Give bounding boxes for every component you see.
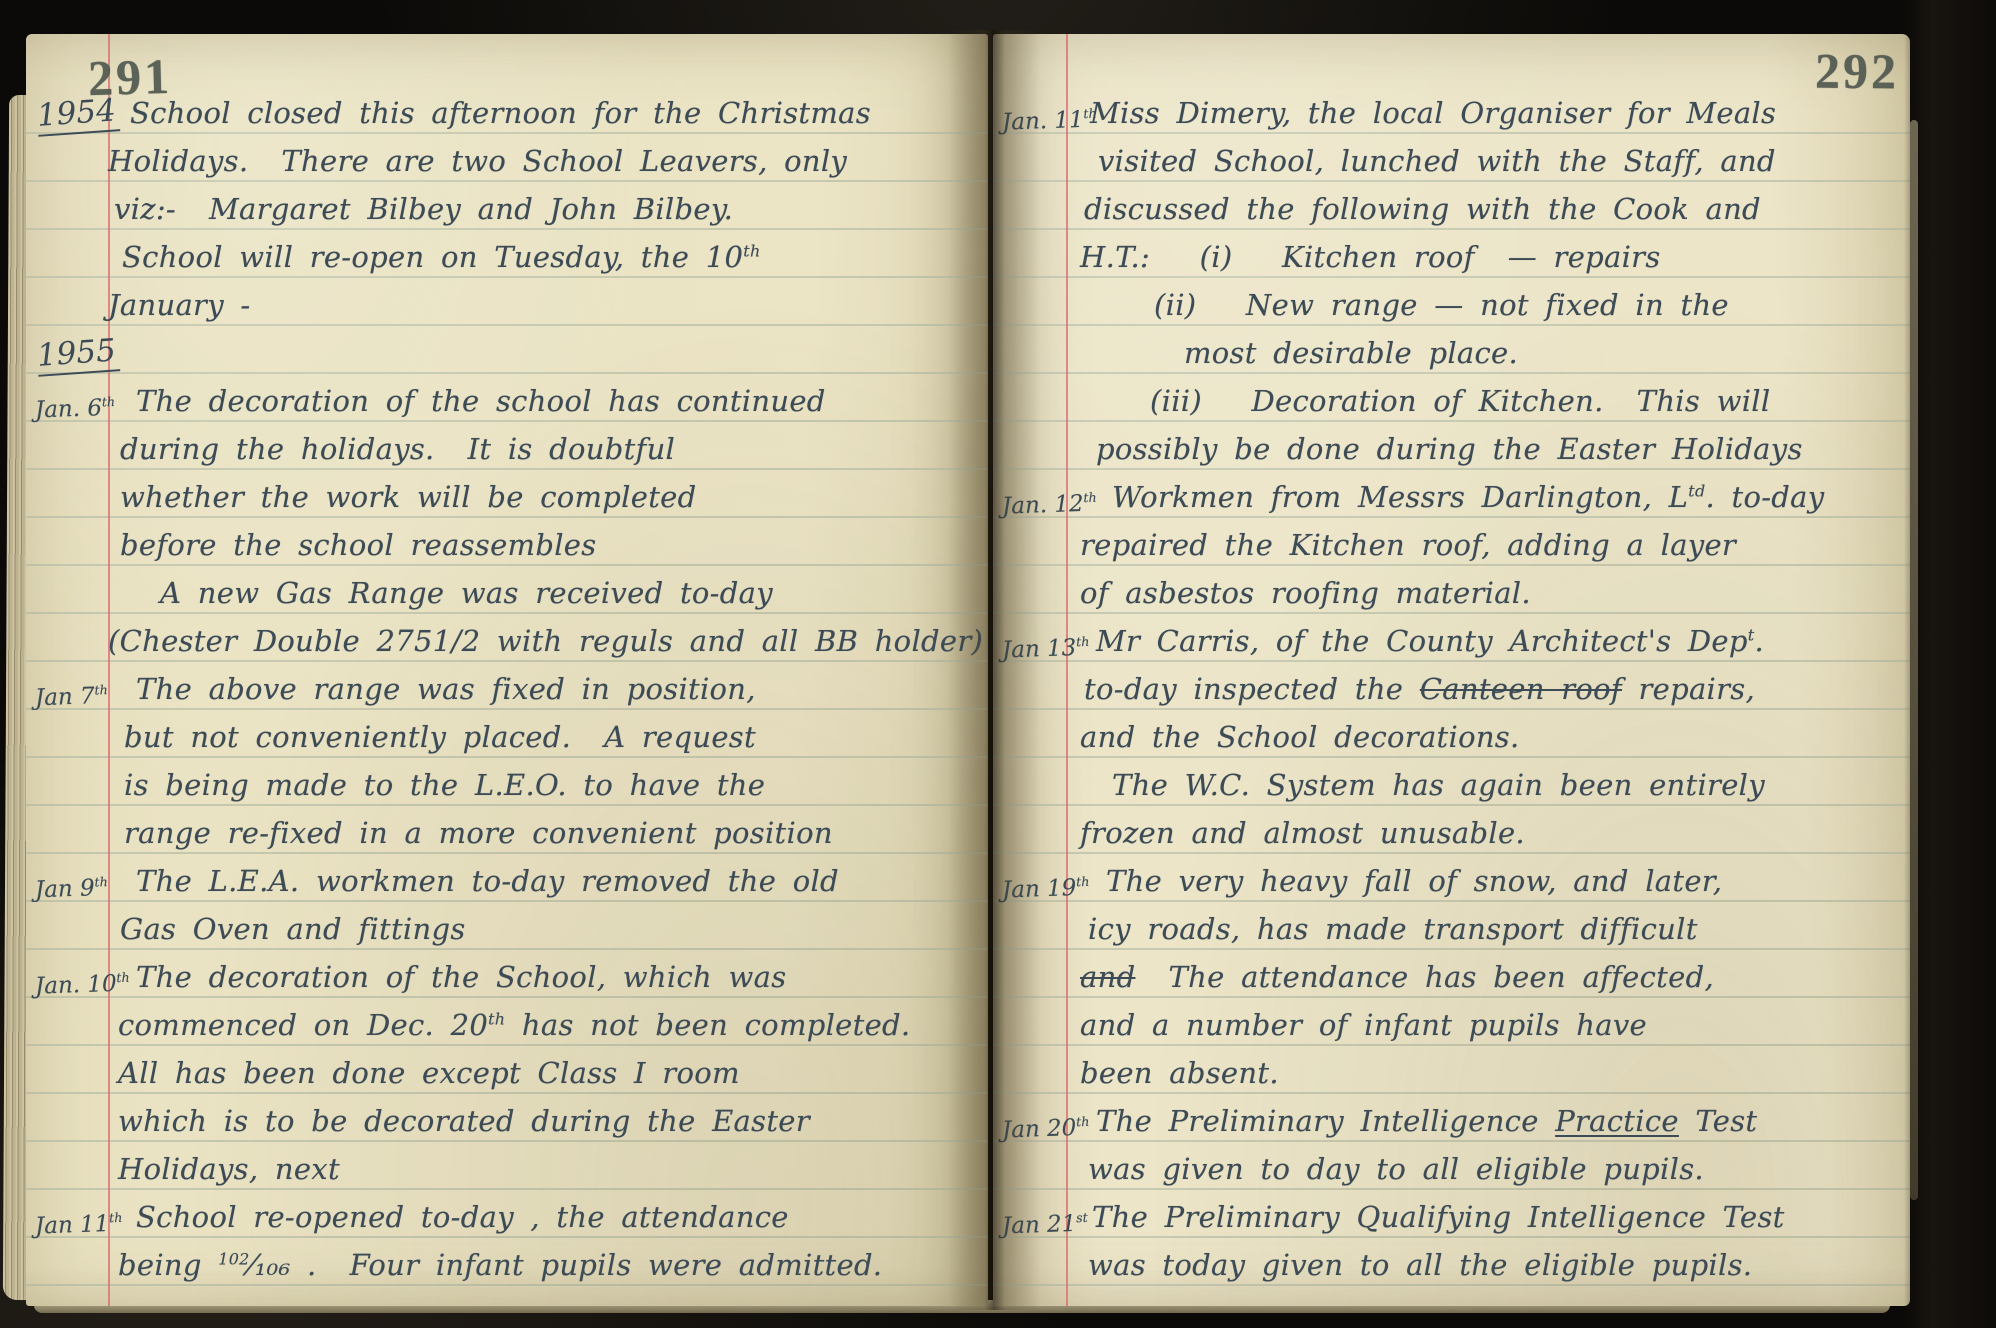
entry-text-line: School closed this afternoon for the Chr… [108,92,988,134]
logbook-row: was given to day to all eligible pupils. [993,1142,1910,1190]
entry-text-line: visited School, lunched with the Staff, … [1066,140,1910,182]
entry-date: Jan. 12th [1002,490,1098,519]
entry-text-line: The decoration of the School, which was [108,956,988,998]
entry-text-line: Gas Oven and fittings [108,908,988,950]
logbook-row: Jan 13thMr Carris, of the County Archite… [993,614,1910,662]
year-label: 1955 [36,332,120,377]
page-content: Jan. 11thMiss Dimery, the local Organise… [993,86,1910,1286]
entry-text-line: The Preliminary Intelligence Practice Te… [1066,1100,1910,1142]
logbook-row: frozen and almost unusable. [993,806,1910,854]
entry-text-line: Workmen from Messrs Darlington, Ltd. to-… [1066,476,1910,518]
entry-text-line: possibly be done during the Easter Holid… [1066,428,1910,470]
entry-text-line: and a number of infant pupils have [1066,1004,1910,1046]
logbook-row: H.T.: (i) Kitchen roof — repairs [993,230,1910,278]
entry-date: Jan 7th [35,683,109,712]
entry-text-line: (iii) Decoration of Kitchen. This will [1066,380,1910,422]
logbook-row: and a number of infant pupils have [993,998,1910,1046]
logbook-row: viz:- Margaret Bilbey and John Bilbey. [26,182,988,230]
logbook-row: most desirable place. [993,326,1910,374]
logbook-row: before the school reassembles [26,518,988,566]
entry-text-line: frozen and almost unusable. [1066,812,1910,854]
entry-text-line: and the School decorations. [1066,716,1910,758]
page-number-stamp: 291 [87,47,172,107]
logbook-row: to-day inspected the Canteen roof repair… [993,662,1910,710]
left-page: 291 1954School closed this afternoon for… [26,34,988,1306]
entry-margin-cell: Jan. 6th [26,396,108,422]
logbook-row: during the holidays. It is doubtful [26,422,988,470]
logbook-photo: 291 1954School closed this afternoon for… [0,0,1996,1328]
entry-text-line: A new Gas Range was received to-day [108,572,988,614]
entry-date: Jan 21st [1002,1211,1089,1240]
entry-margin-cell: Jan. 10th [26,972,108,998]
logbook-row: A new Gas Range was received to-day [26,566,988,614]
entry-text-line: The decoration of the school has continu… [108,380,988,422]
entry-text-line: most desirable place. [1066,332,1910,374]
entry-text-line: of asbestos roofing material. [1066,572,1910,614]
entry-text-line: School will re-open on Tuesday, the 10th [108,236,988,278]
logbook-row: and the School decorations. [993,710,1910,758]
entry-text-line: Mr Carris, of the County Architect's Dep… [1066,620,1910,662]
entry-text-line: The Preliminary Qualifying Intelligence … [1066,1196,1910,1238]
logbook-row: All has been done except Class I room [26,1046,988,1094]
entry-text-line: repaired the Kitchen roof, adding a laye… [1066,524,1910,566]
entry-date: Jan 11th [35,1210,123,1239]
logbook-row: Jan 20thThe Preliminary Intelligence Pra… [993,1094,1910,1142]
logbook-row: (iii) Decoration of Kitchen. This will [993,374,1910,422]
logbook-row: possibly be done during the Easter Holid… [993,422,1910,470]
entry-text-line: was given to day to all eligible pupils. [1066,1148,1910,1190]
logbook-row: discussed the following with the Cook an… [993,182,1910,230]
entry-text-line: Holidays, next [108,1148,988,1190]
entry-date: Jan. 6th [35,395,116,424]
logbook-row: Jan 19thThe very heavy fall of snow, and… [993,854,1910,902]
logbook-row: School will re-open on Tuesday, the 10th [26,230,988,278]
logbook-row: whether the work will be completed [26,470,988,518]
page-edge-highlight [1910,120,1918,1200]
logbook-row: was today given to all the eligible pupi… [993,1238,1910,1286]
entry-text-line: range re-fixed in a more convenient posi… [108,812,988,854]
entry-date: Jan 9th [35,875,109,904]
page-number-stamp: 292 [1815,42,1900,101]
entry-text-line: to-day inspected the Canteen roof repair… [1066,668,1910,710]
logbook-row: Jan. 12thWorkmen from Messrs Darlington,… [993,470,1910,518]
entry-text-line: is being made to the L.E.O. to have the [108,764,988,806]
entry-text-line: during the holidays. It is doubtful [108,428,988,470]
entry-text-line: The very heavy fall of snow, and later, [1066,860,1910,902]
entry-text-line: and The attendance has been affected, [1066,956,1910,998]
entry-text-line: The W.C. System has again been entirely [1066,764,1910,806]
logbook-row: Holidays. There are two School Leavers, … [26,134,988,182]
logbook-row: being 102⁄₁₀₆ . Four infant pupils were … [26,1238,988,1286]
entry-margin-cell: Jan 9th [26,876,108,902]
entry-text-line: viz:- Margaret Bilbey and John Bilbey. [108,188,988,230]
entry-date: Jan 20th [1002,1114,1090,1143]
entry-text-line: January - [108,284,988,326]
entry-text-line: but not conveniently placed. A request [108,716,988,758]
logbook-row: January - [26,278,988,326]
logbook-row: is being made to the L.E.O. to have the [26,758,988,806]
entry-margin-cell: Jan. 11th [993,108,1066,134]
logbook-row: visited School, lunched with the Staff, … [993,134,1910,182]
entry-text-line: being 102⁄₁₀₆ . Four infant pupils were … [108,1244,988,1286]
entry-text-line: whether the work will be completed [108,476,988,518]
logbook-row: Jan. 11thMiss Dimery, the local Organise… [993,86,1910,134]
entry-text-line: was today given to all the eligible pupi… [1066,1244,1910,1286]
entry-text-line: which is to be decorated during the East… [108,1100,988,1142]
logbook-row: Holidays, next [26,1142,988,1190]
entry-text-line: before the school reassembles [108,524,988,566]
entry-text-line: The above range was fixed in position, [108,668,988,710]
right-page: 292 Jan. 11thMiss Dimery, the local Orga… [993,34,1910,1306]
entry-text-line: (ii) New range — not fixed in the [1066,284,1910,326]
logbook-row: been absent. [993,1046,1910,1094]
entry-margin-cell: Jan 13th [993,636,1066,662]
page-content: 1954School closed this afternoon for the… [26,86,988,1286]
entry-margin-cell: Jan. 12th [993,492,1066,518]
entry-text-line: Miss Dimery, the local Organiser for Mea… [1066,92,1910,134]
entry-text-line: (Chester Double 2751/2 with reguls and a… [108,620,997,662]
logbook-row: Jan. 6thThe decoration of the school has… [26,374,988,422]
entry-date: Jan. 11th [1002,106,1098,135]
entry-text-line: Holidays. There are two School Leavers, … [108,140,988,182]
logbook-row: Jan 11thSchool re-opened to-day , the at… [26,1190,988,1238]
entry-text-line: been absent. [1066,1052,1910,1094]
logbook-row: icy roads, has made transport difficult [993,902,1910,950]
entry-date: Jan. 10th [35,970,131,999]
entry-text-line: School re-opened to-day , the attendance [108,1196,988,1238]
entry-margin-cell: Jan 7th [26,684,108,710]
logbook-row: commenced on Dec. 20th has not been comp… [26,998,988,1046]
entry-margin-cell: Jan 11th [26,1212,108,1238]
logbook-row: (Chester Double 2751/2 with reguls and a… [26,614,988,662]
entry-margin-cell: Jan 21st [993,1212,1066,1238]
logbook-row: Gas Oven and fittings [26,902,988,950]
entry-text-line: icy roads, has made transport difficult [1066,908,1910,950]
logbook-row: Jan 7thThe above range was fixed in posi… [26,662,988,710]
logbook-row: (ii) New range — not fixed in the [993,278,1910,326]
book-cover-edge [1904,0,1996,1328]
entry-date: Jan 13th [1002,634,1090,663]
logbook-row: Jan 9thThe L.E.A. workmen to-day removed… [26,854,988,902]
entry-text-line: H.T.: (i) Kitchen roof — repairs [1066,236,1910,278]
logbook-row: but not conveniently placed. A request [26,710,988,758]
logbook-row: of asbestos roofing material. [993,566,1910,614]
logbook-row: Jan 21stThe Preliminary Qualifying Intel… [993,1190,1910,1238]
logbook-row: repaired the Kitchen roof, adding a laye… [993,518,1910,566]
logbook-row: The W.C. System has again been entirely [993,758,1910,806]
entry-margin-cell: Jan 19th [993,876,1066,902]
entry-date: Jan 19th [1002,874,1090,903]
logbook-row: range re-fixed in a more convenient posi… [26,806,988,854]
entry-text-line: All has been done except Class I room [108,1052,988,1094]
entry-margin-cell: Jan 20th [993,1116,1066,1142]
logbook-row: which is to be decorated during the East… [26,1094,988,1142]
entry-text-line: commenced on Dec. 20th has not been comp… [108,1004,988,1046]
logbook-row: 1955 [26,326,988,374]
entry-margin-cell: 1955 [26,335,108,374]
logbook-row: and The attendance has been affected, [993,950,1910,998]
entry-text-line: The L.E.A. workmen to-day removed the ol… [108,860,988,902]
entry-text-line: discussed the following with the Cook an… [1066,188,1910,230]
logbook-row: Jan. 10thThe decoration of the School, w… [26,950,988,998]
